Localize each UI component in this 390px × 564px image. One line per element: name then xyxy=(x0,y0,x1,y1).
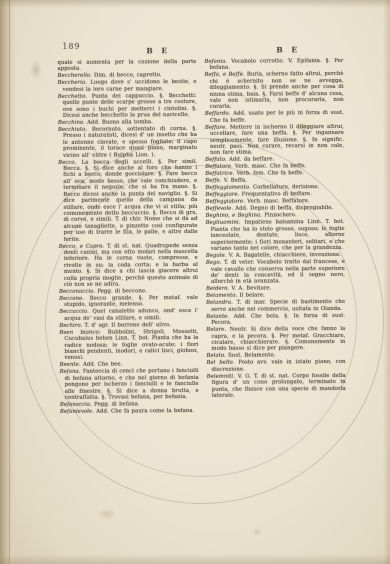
entry-definition: Verb. masc. Che fa beffe. xyxy=(235,164,306,170)
entry-headword: Bechiro. xyxy=(59,323,82,329)
entry-definition: Corbellatura, derisione. xyxy=(253,185,319,191)
entry-headword: Beccuccio. xyxy=(59,309,89,315)
entry-headword: Bego. xyxy=(206,260,222,266)
dictionary-entry: Begliuomini. Impatiens balsamina Linn. T… xyxy=(206,219,345,252)
entry-definition: Becco grande. §. Per metaf. vale stupido… xyxy=(64,295,198,308)
dictionary-entry: Belare. Neutr. Si dice della voce che fa… xyxy=(206,326,345,353)
entry-headword: Beffatrice. xyxy=(205,171,234,177)
entry-headword: Befanievole. xyxy=(60,409,94,415)
dictionary-entry: Beccheria. Luogo dove s' uccidono le bes… xyxy=(58,79,197,93)
dictionary-entry: Belandra. T. di mar. Specie di bastiment… xyxy=(206,299,345,313)
entry-headword: Becconaccio. xyxy=(59,289,95,295)
entry-definition: Add. Degno di beffa, dispregiabile. xyxy=(235,206,333,213)
column-right: Befania. Vocabolo corrotto. V. Epifania.… xyxy=(204,58,345,415)
entry-headword: Beffardo. xyxy=(205,111,231,117)
entry-definition: Add. usato per lo più in forza di sust. … xyxy=(210,110,344,123)
entry-definition: T. di veter. Vocabolo tratto dal frances… xyxy=(211,259,345,285)
dictionary-entry: Befanievole. Add. Che fa paura come la b… xyxy=(60,408,199,415)
dictionary-entry: Beccuccio. Quel canaletto adunco, ond' e… xyxy=(59,308,198,322)
entry-headword: Beffatore. xyxy=(205,164,233,170)
entry-headword: Begliuomini. xyxy=(206,220,241,226)
entry-definition: Dim. di becco, capretto. xyxy=(94,73,162,79)
entry-definition: T. di st. nat. Quadrupede senza denti ca… xyxy=(64,243,198,288)
entry-headword: Becco, e Capro. xyxy=(59,243,104,249)
entry-definition: Add. da beffare. xyxy=(229,157,274,163)
dictionary-entry: quale si aumenta per la cozione della pa… xyxy=(57,59,196,73)
entry-definition: Add. Che fa paura come la befana. xyxy=(96,408,194,415)
entry-headword: Belandra. xyxy=(206,300,233,306)
dictionary-entry: Becco, e Capro. T. di st. nat. Quadruped… xyxy=(59,243,198,289)
entry-headword: Beidero. xyxy=(206,286,229,292)
entry-headword: Beffato. xyxy=(205,157,227,163)
entry-headword: Beccheria. xyxy=(58,80,87,86)
entry-definition: Frequentativo di beffare. xyxy=(242,192,312,198)
dictionary-entry: Beffare. Mettere in ischerno il dileggia… xyxy=(205,124,344,157)
entry-headword: Beffeggiatore. xyxy=(205,199,245,205)
dictionary-entry: Befania. Vocabolo corrotto. V. Epifania.… xyxy=(204,58,343,72)
entry-definition: Neutr. Si dice della voce che fanno la c… xyxy=(211,326,345,352)
entry-headword: Befanaccia. xyxy=(60,402,92,408)
entry-definition: V. Beffa. xyxy=(224,178,247,184)
entry-definition: Verb. fem. Che fa beffe. xyxy=(237,171,304,177)
entry-definition: Sust. Belamento. xyxy=(228,353,275,359)
entry-headword: Beghino, e Beghina. xyxy=(206,213,263,219)
dictionary-entry: Been bianco; Bubbolini, Strigoli, Mossot… xyxy=(59,329,198,362)
entry-headword: Beffeggiamento. xyxy=(205,185,250,191)
text-columns: quale si aumenta per la cozione della pa… xyxy=(57,58,345,416)
entry-definition: La bocca degli uccelli. §. Per simil. Bo… xyxy=(63,159,197,243)
entry-headword: Belato. xyxy=(206,353,225,359)
entry-headword: Beente. xyxy=(60,362,81,368)
entry-headword: Begole. xyxy=(206,253,227,259)
entry-definition: Add. Che bee. xyxy=(83,362,123,368)
entry-definition: V. A. Bagatelle, chiacchiere, invenzione… xyxy=(229,252,341,259)
dictionary-entry: Beffa, e Beffe. Burla, scherno fatto alt… xyxy=(205,71,344,110)
entry-definition: Pegg. di beccone. xyxy=(97,288,147,294)
entry-definition: Verb. masc. Beffatore. xyxy=(247,199,309,205)
printed-text-layer: 189 B E B E quale si aumenta per la cozi… xyxy=(0,0,390,564)
entry-headword: Beffa, e Beffe. xyxy=(205,72,245,78)
entry-headword: Becchino. xyxy=(58,120,85,126)
entry-definition: Il belare. xyxy=(239,293,264,299)
entry-headword: Belemniti. xyxy=(207,373,235,379)
entry-definition: Mettere in ischerno il dileggiare altrui… xyxy=(210,124,344,157)
entry-definition: V. A. Bevitore. xyxy=(231,286,271,292)
entry-headword: Befana. xyxy=(60,369,81,375)
entry-headword: Beffeggiare. xyxy=(205,192,239,198)
dictionary-entry: Becchiuto. Becornuto, sottentato di corn… xyxy=(58,126,197,159)
entry-headword: Belare. xyxy=(206,327,226,333)
dictionary-entry: Belante. Add. Che bela. §. In forza di s… xyxy=(206,313,345,327)
entry-headword: Bel bello. xyxy=(207,360,235,366)
entry-headword: Beffe. xyxy=(205,178,221,184)
dictionary-entry: Bego. T. di veter. Vocabolo tratto dal f… xyxy=(206,259,345,286)
dictionary-entry: Befana. Fantoccia di cenci che portano i… xyxy=(60,368,199,401)
entry-definition: quale si aumenta per la cozione della pa… xyxy=(57,59,196,72)
entry-headword: Beccherello. xyxy=(58,73,92,79)
entry-headword: Belamento. xyxy=(206,293,237,299)
entry-definition: Pegg. di befana. xyxy=(94,401,140,407)
entry-definition: Pinzochero. xyxy=(264,213,296,219)
dictionary-entry: Beffardo. Add. usato per lo più in forza… xyxy=(205,110,344,124)
page-number: 189 xyxy=(62,42,80,51)
dictionary-entry: Bel bello. Posto avv. vale in istato pia… xyxy=(207,359,346,373)
book-page-scan: 189 B E B E quale si aumenta per la cozi… xyxy=(0,0,390,564)
entry-headword: Belante. xyxy=(206,313,229,319)
entry-definition: Fantoccia di cenci che portano i fanciul… xyxy=(65,368,199,401)
entry-definition: Vocabolo corrotto. V. Epifania. §. Per b… xyxy=(209,58,343,71)
entry-definition: Add. Buono alla tomba. xyxy=(87,119,153,125)
dictionary-entry: Beccone. Becco grande. §. Per metaf. val… xyxy=(59,295,198,309)
entry-headword: Becco, xyxy=(58,159,76,165)
column-left: quale si aumenta per la cozione della pa… xyxy=(57,59,198,416)
dictionary-entry: Becco, La bocca degli uccelli. §. Per si… xyxy=(58,159,198,243)
dictionary-entry: Becchetto. Punta del cappuccio. §. Becch… xyxy=(58,93,197,120)
entry-definition: Add. Che bela. §. In forza di sust. Peco… xyxy=(211,313,345,326)
entry-definition: T. d' agr. Il burrone dell' ulivo. xyxy=(85,322,171,329)
entry-headword: Beffevole. xyxy=(205,206,233,212)
running-header-left: B E xyxy=(146,46,170,55)
dictionary-entry: Belemniti. V. G. T. di st. nat. Corpo fo… xyxy=(207,373,346,400)
running-header-right: B E xyxy=(276,45,300,54)
